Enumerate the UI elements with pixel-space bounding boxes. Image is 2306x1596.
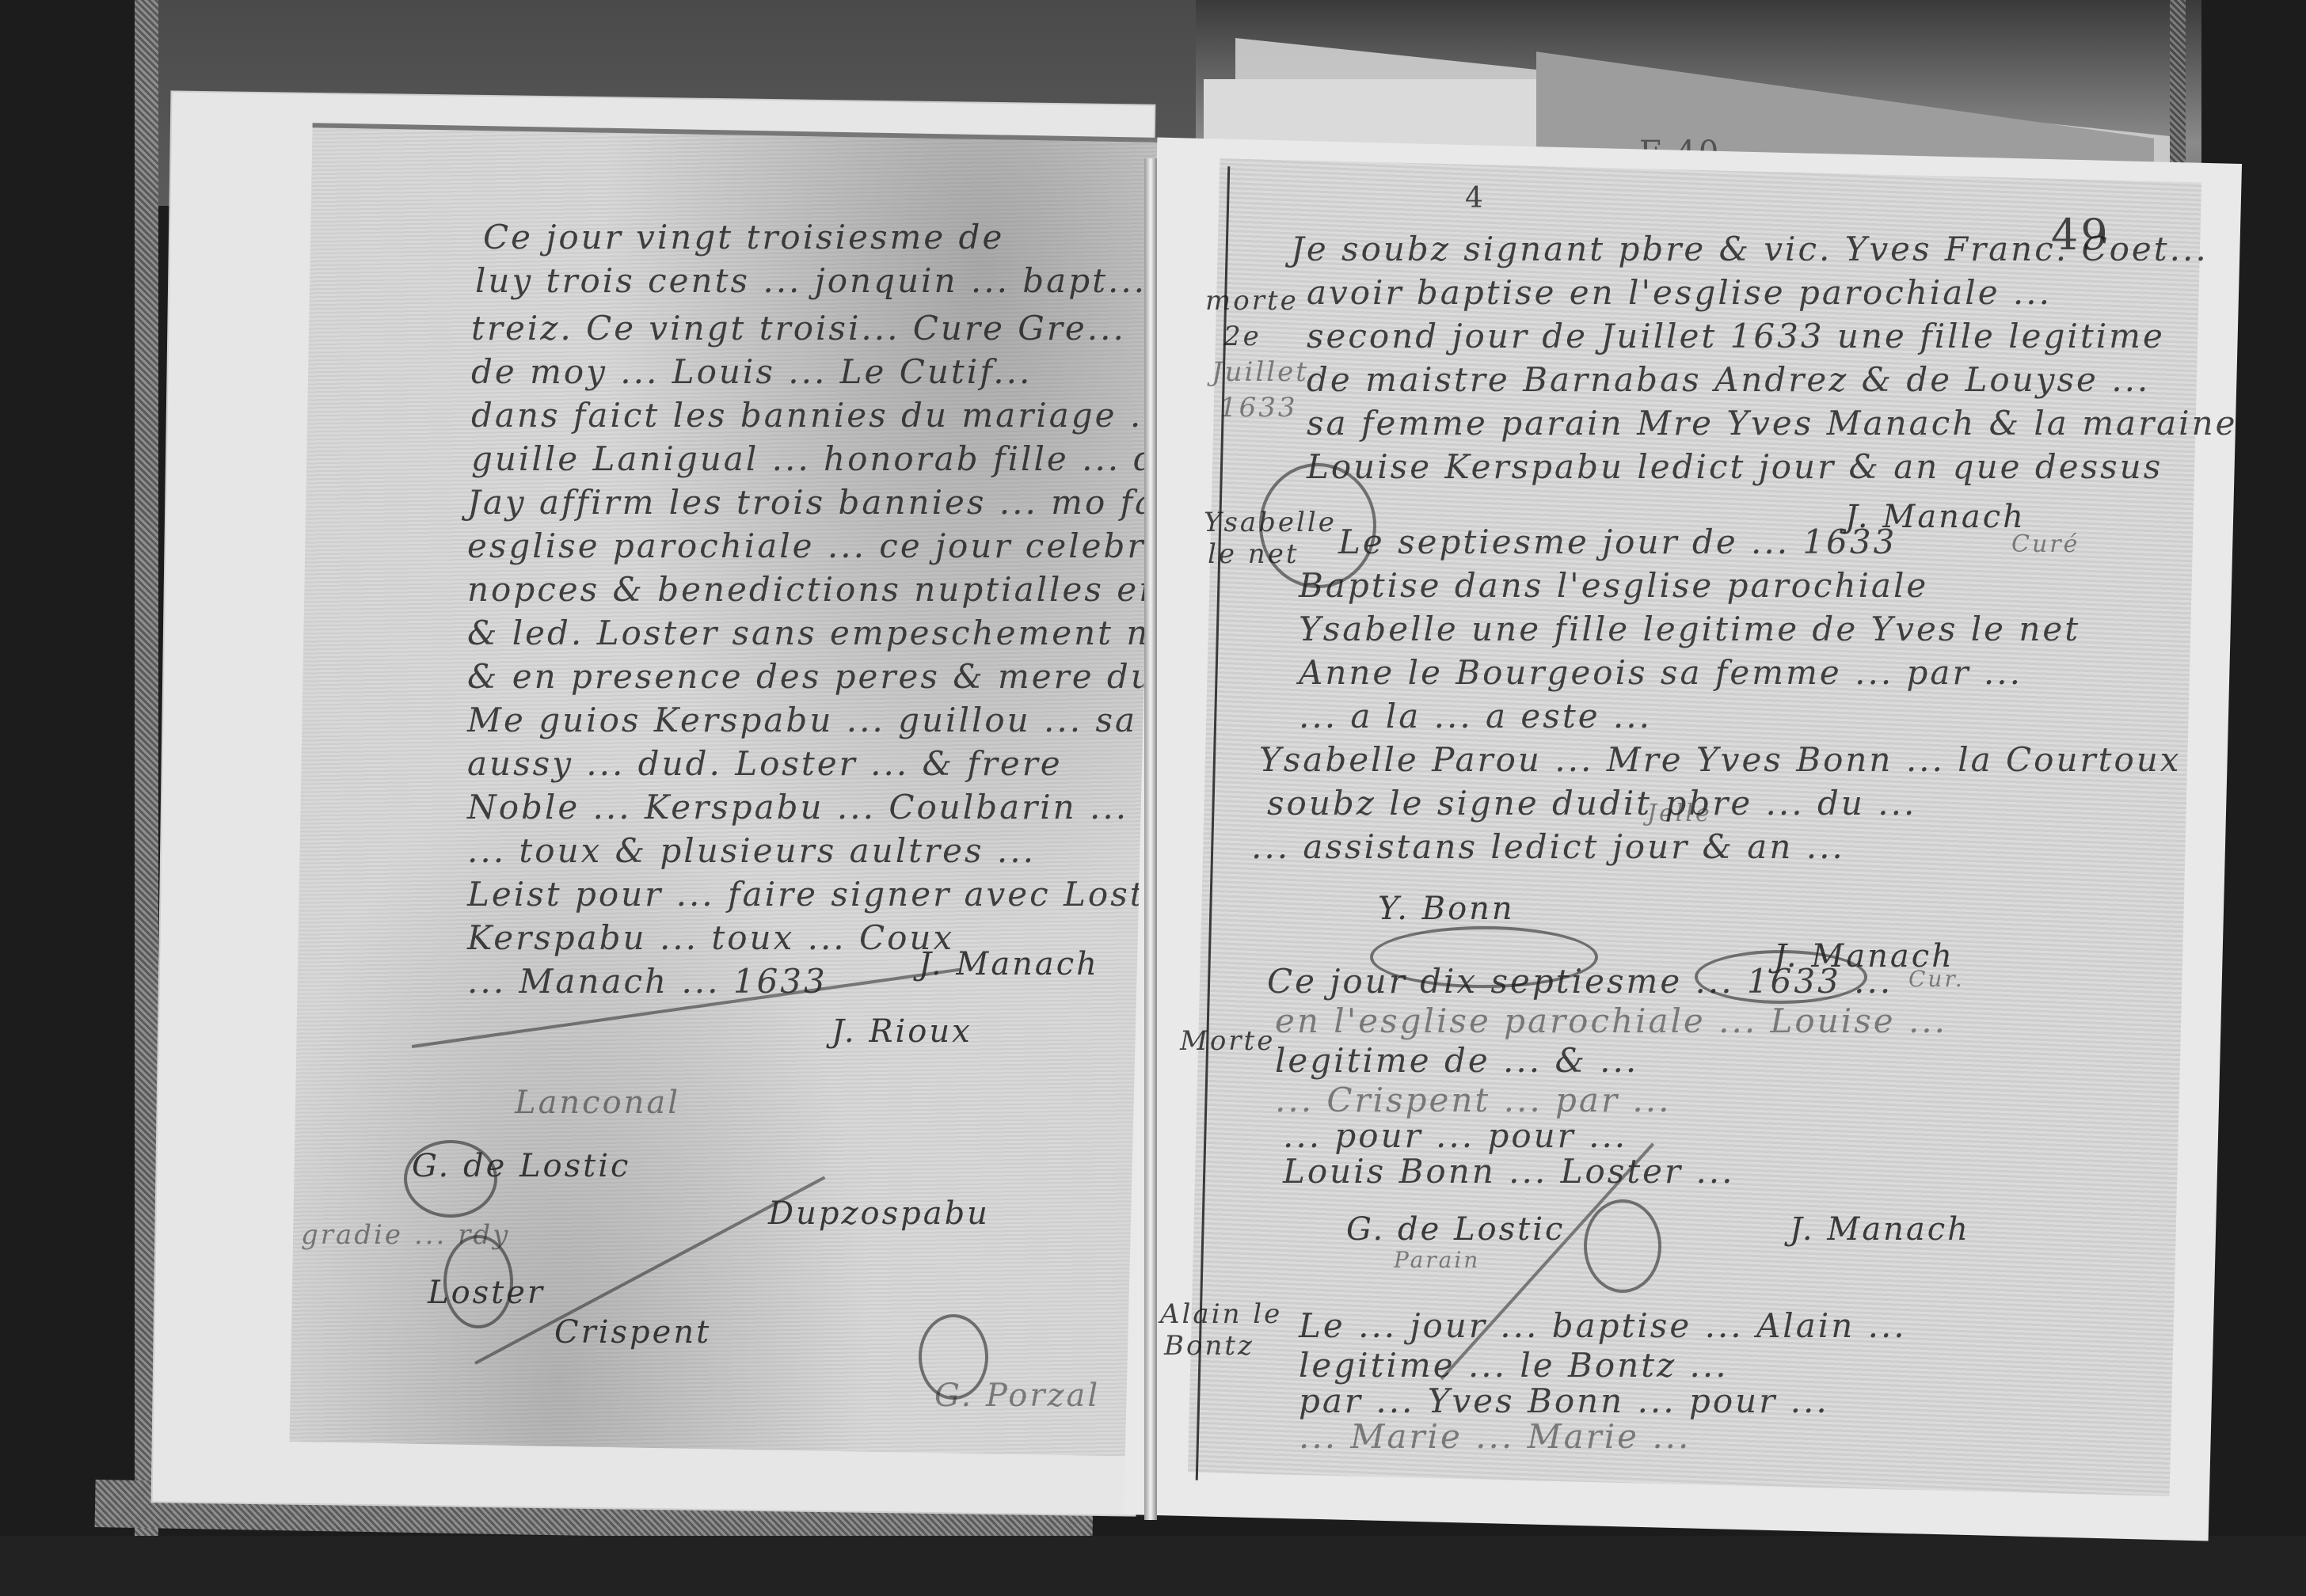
signature: J. Rioux	[831, 1013, 972, 1050]
text-line: ... Marie ... Marie ...	[1299, 1417, 1691, 1456]
signature: G. de Lostic	[1346, 1211, 1565, 1248]
signature: Cur.	[1908, 966, 1965, 992]
text-line: en l'esglise parochiale ... Louise ...	[1275, 1001, 1947, 1040]
signature: J. Manach	[1790, 1211, 1970, 1248]
margin-note: 2e	[1223, 321, 1261, 352]
text-line: Le ... jour ... baptise ... Alain ...	[1299, 1306, 1907, 1345]
text-line: Baptise dans l'esglise parochiale	[1299, 566, 1928, 605]
text-line: aussy ... dud. Loster ... & frere	[467, 744, 1063, 783]
text-line: Leist pour ... faire signer avec Loster	[467, 875, 1186, 914]
text-line: Ysabelle Parou ... Mre Yves Bonn ... la …	[1259, 740, 2182, 779]
margin-note: Bontz	[1164, 1330, 1254, 1362]
text-line: Louis Bonn ... Loster ...	[1283, 1152, 1735, 1191]
text-line: Ysabelle une fille legitime de Yves le n…	[1299, 610, 2080, 648]
signature: Lanconal	[515, 1085, 680, 1121]
text-line: par ... Yves Bonn ... pour ...	[1299, 1381, 1829, 1420]
margin-note: Alain le	[1160, 1298, 1282, 1330]
text-line: Anne le Bourgeois sa femme ... par ...	[1299, 653, 2023, 692]
signature: Parain	[1394, 1247, 1480, 1273]
text-line: de moy ... Louis ... Le Cutif...	[471, 352, 1032, 391]
margin-note: Juillet	[1212, 356, 1309, 388]
margin-note: morte	[1205, 285, 1299, 317]
margin-note: le net	[1208, 538, 1299, 570]
page-marker-small: 4	[1465, 182, 1486, 215]
signature-flourish	[404, 1140, 497, 1218]
text-line: sa femme parain Mre Yves Manach & la mar…	[1307, 404, 2238, 443]
text-line: ... toux & plusieurs aultres ...	[467, 831, 1036, 870]
book-gutter	[1144, 158, 1157, 1520]
text-line: luy trois cents ... jonquin ... bapt...	[475, 261, 1147, 300]
text-line: ... pour ... pour ...	[1283, 1116, 1627, 1155]
text-line: legitime ... le Bontz ...	[1299, 1346, 1729, 1385]
text-line: Kerspabu ... toux ... Coux	[467, 918, 954, 957]
text-line: Ce jour dix septiesme ... 1633 ...	[1267, 962, 1893, 1001]
scanner-bed	[0, 1536, 2306, 1596]
text-line: ... a la ... a este ...	[1299, 697, 1652, 735]
text-line: ... Crispent ... par ...	[1275, 1081, 1671, 1119]
text-line: Ce jour vingt troisiesme de	[483, 218, 1004, 256]
text-line: & en presence des peres & mere dud. ...	[467, 657, 1243, 696]
text-line: Louise Kerspabu ledict jour & an que des…	[1307, 447, 2163, 486]
text-line: soubz le signe dudit pbre ... du ...	[1267, 784, 1916, 823]
text-line: legitime de ... & ...	[1275, 1041, 1638, 1080]
signature: Crispent	[554, 1314, 711, 1351]
text-line: ... assistans ledict jour & an ...	[1251, 827, 1845, 866]
text-line: Jay affirm les trois bannies ... mo faic…	[467, 483, 1227, 522]
text-line: treiz. Ce vingt troisi... Cure Gre...	[471, 309, 1126, 348]
margin-note: Morte	[1180, 1025, 1275, 1057]
signature: Dupzospabu	[768, 1195, 990, 1232]
text-line: second jour de Juillet 1633 une fille le…	[1307, 317, 2165, 355]
signature: Jelle	[1647, 800, 1712, 827]
signature: Y. Bonn	[1378, 891, 1515, 927]
signature: J. Manach	[919, 946, 1099, 982]
signature: Curé	[2011, 530, 2080, 558]
text-line: Le septiesme jour de ... 1633	[1338, 522, 1897, 561]
text-line: de maistre Barnabas Andrez & de Louyse .…	[1307, 360, 2150, 399]
margin-note: 1633	[1220, 392, 1298, 424]
text-line: avoir baptise en l'esglise parochiale ..…	[1307, 273, 2052, 312]
margin-note: Ysabelle	[1204, 507, 1337, 538]
signature-flourish	[443, 1235, 513, 1328]
signature-flourish	[1584, 1199, 1661, 1293]
signature-flourish	[919, 1314, 988, 1400]
text-line: Je soubz signant pbre & vic. Yves Franc.…	[1291, 230, 2209, 268]
text-line: esglise parochiale ... ce jour celebre l…	[467, 526, 1235, 565]
